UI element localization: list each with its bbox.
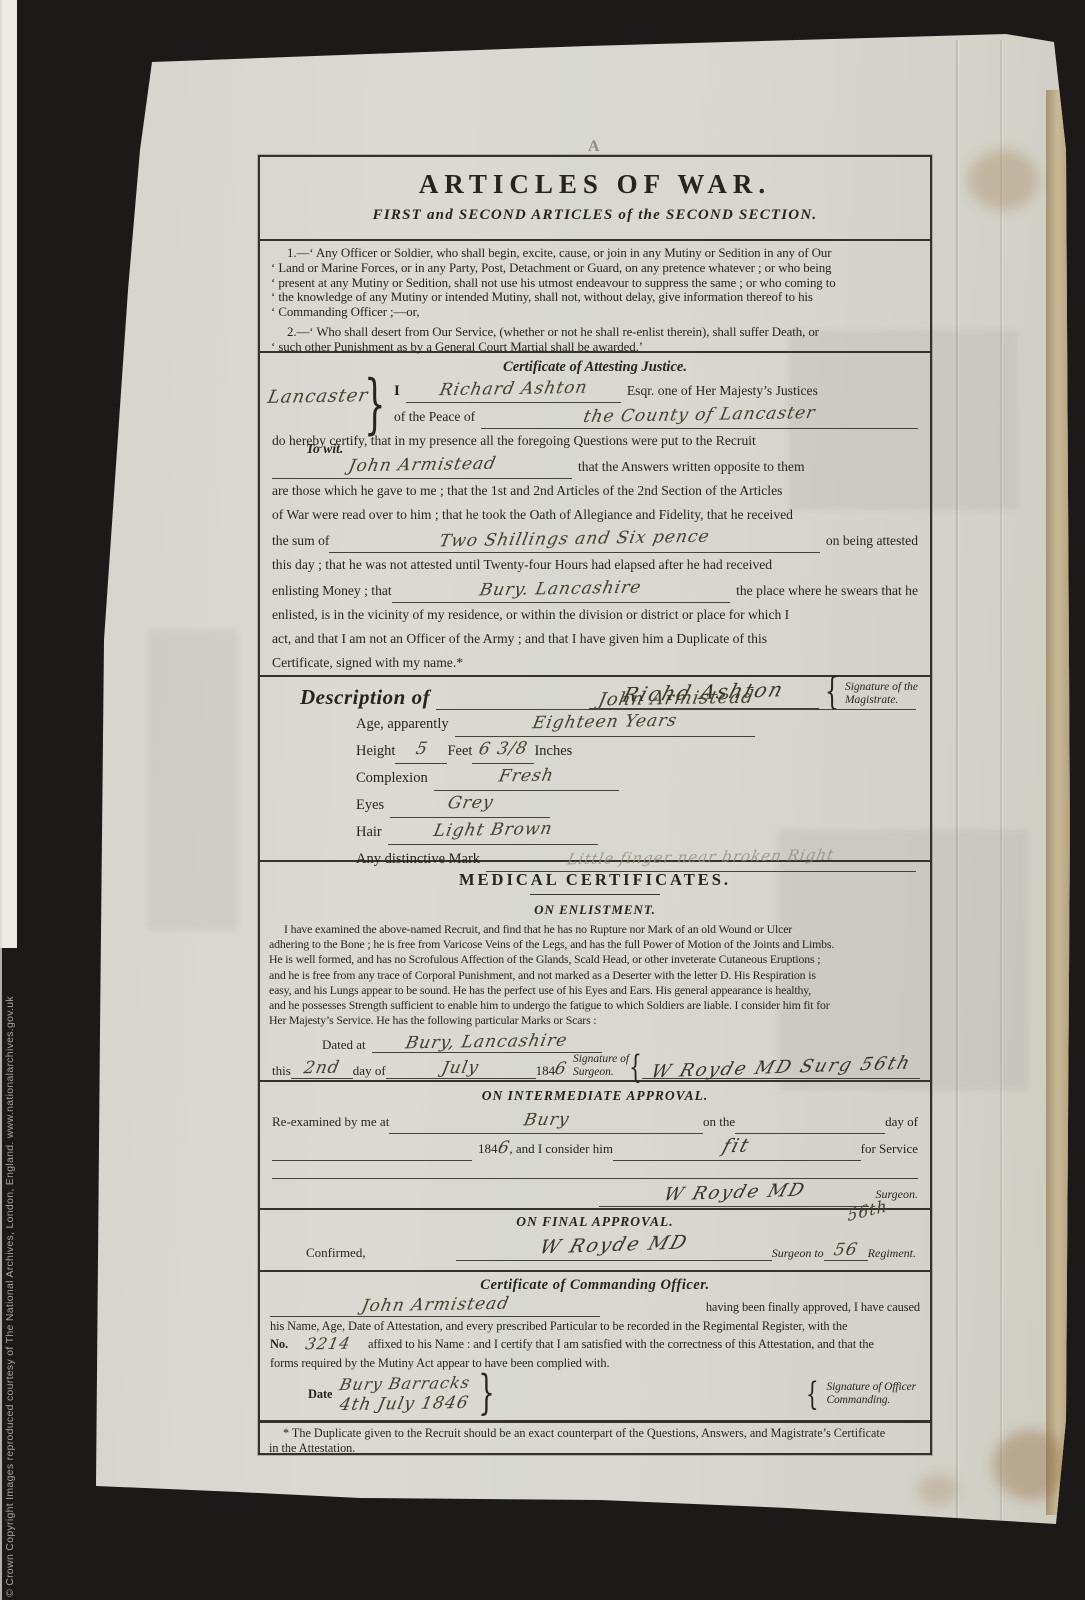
- commanding-body-2: affixed to his Name : and I certify that…: [368, 1335, 874, 1354]
- on-enlistment-heading: ON ENLISTMENT.: [260, 899, 930, 922]
- commanding-name: John Armistead: [359, 1295, 510, 1316]
- form-subtitle: FIRST and SECOND ARTICLES of the SECOND …: [260, 200, 930, 224]
- fit-fill: fit: [613, 1134, 861, 1161]
- dated-at-fill: Bury, Lancashire: [372, 1032, 602, 1053]
- age-value: Eighteen Years: [530, 709, 679, 737]
- year-value: 6: [553, 1059, 569, 1079]
- certify-text: do hereby certify, that in my presence a…: [272, 429, 756, 453]
- article-1-text: 1.—‘ Any Officer or Soldier, who shall b…: [271, 246, 919, 320]
- regiment-fill: 56: [824, 1240, 868, 1261]
- complexion-value: Fresh: [496, 764, 556, 790]
- commanding-no-row: No. 3214 affixed to his Name : and I cer…: [260, 1335, 930, 1354]
- height-feet: 5: [413, 737, 430, 762]
- sum-line: the sum of Two Shillings and Six pence o…: [272, 527, 918, 553]
- confirmed-label: Confirmed,: [306, 1245, 366, 1261]
- commanding-body-1: his Name, Age, Date of Attestation, and …: [260, 1317, 930, 1336]
- consider-label: , and I consider him: [509, 1136, 613, 1161]
- form-header: ARTICLES OF WAR. FIRST and SECOND ARTICL…: [260, 157, 930, 241]
- on-the-label: on the: [703, 1109, 735, 1134]
- dated-at-row: Dated at Bury, Lancashire: [260, 1032, 930, 1053]
- jurisdiction-fill: the County of Lancaster: [481, 403, 918, 429]
- archive-copyright-text: © Crown Copyright Images reproduced cour…: [4, 877, 16, 1597]
- dated-at-label: Dated at: [322, 1037, 366, 1053]
- footnote-section: * The Duplicate given to the Recruit sho…: [260, 1422, 930, 1457]
- no-value: 3214: [286, 1334, 370, 1354]
- footnote-text: * The Duplicate given to the Recruit sho…: [269, 1426, 921, 1455]
- attesting-body-1: are those which he gave to me ; that the…: [272, 479, 918, 527]
- height-inches: 6 3/8: [477, 737, 531, 763]
- reexamined-place-fill: Bury: [389, 1108, 703, 1134]
- final-signature-fill: W Royde MD: [456, 1232, 772, 1261]
- hair-fill: Light Brown: [388, 818, 598, 845]
- date-place: Bury Barracks: [338, 1373, 472, 1395]
- surgeon-signature-fill: W Royde MD Surg 56th: [642, 1057, 920, 1079]
- to-wit-brace: }: [364, 382, 386, 428]
- place-fill: Bury. Lancashire: [392, 577, 730, 603]
- final-approval-section: ON FINAL APPROVAL. Confirmed, W Royde MD…: [260, 1210, 930, 1272]
- complexion-label: Complexion: [356, 766, 428, 791]
- year-printed: 184: [536, 1063, 556, 1079]
- complexion-fill: Fresh: [434, 764, 619, 791]
- reexamined-label: Re-examined by me at: [272, 1109, 389, 1134]
- officer-signature-label: Signature of Officer Commanding.: [826, 1381, 916, 1407]
- service-label: for Service: [861, 1136, 918, 1161]
- commanding-name-fill: John Armistead: [270, 1296, 600, 1317]
- place-value: Bury. Lancashire: [478, 576, 644, 603]
- description-section: Description of John Armistead Age, appar…: [260, 677, 930, 862]
- scanner-edge-strip: [0, 0, 17, 948]
- to-wit-label: To wit.: [306, 437, 343, 461]
- day-of-label-2: day of: [885, 1109, 918, 1134]
- stain: [968, 150, 1038, 210]
- this-label: this: [272, 1063, 291, 1079]
- page-marker: A: [588, 138, 600, 156]
- commanding-name-row: John Armistead having been finally appro…: [260, 1296, 930, 1317]
- attesting-body-3: enlisted, is in the vicinity of my resid…: [272, 603, 918, 675]
- description-name-fill: John Armistead: [436, 688, 916, 710]
- commanding-officer-section: Certificate of Commanding Officer. John …: [260, 1272, 930, 1422]
- article-2-text: 2.—‘ Who shall desert from Our Service, …: [271, 325, 919, 355]
- regiment-value: 56: [832, 1240, 860, 1260]
- intermediate-signature: W Royde MD: [660, 1179, 808, 1208]
- place-tail: the place where he swears that he: [736, 579, 918, 603]
- sum-fill: Two Shillings and Six pence: [329, 527, 819, 553]
- officer-signature-brace: {: [806, 1375, 819, 1413]
- date-label: Date: [308, 1387, 332, 1402]
- place-line: enlisting Money ; that Bury. Lancashire …: [272, 577, 918, 603]
- age-fill: Eighteen Years: [455, 710, 755, 737]
- scan-stage: © Crown Copyright Images reproduced cour…: [0, 0, 1085, 1600]
- day-of-label: day of: [353, 1063, 386, 1079]
- description-title-row: Description of John Armistead: [300, 685, 916, 710]
- paper-crease: [1000, 40, 1002, 1520]
- approved-tail: having been finally approved, I have cau…: [706, 1298, 920, 1317]
- commanding-date-row: Date Bury Barracks 4th July 1846 } { Sig…: [260, 1372, 930, 1414]
- articles-section: 1.—‘ Any Officer or Soldier, who shall b…: [260, 241, 930, 353]
- surgeon-to-label: Surgeon to: [772, 1246, 824, 1261]
- enlistment-signature-row: this 2nd day of July 184 6 Signature of …: [260, 1053, 930, 1079]
- sum-value: Two Shillings and Six pence: [437, 525, 712, 554]
- attested-tail: on being attested: [826, 529, 918, 553]
- scanner-edge-line: [0, 0, 2, 1600]
- sum-label: the sum of: [272, 529, 329, 553]
- description-title: Description of: [300, 685, 430, 710]
- justice-name: Richard Ashton: [437, 376, 589, 403]
- age-row: Age, apparently Eighteen Years: [300, 710, 916, 737]
- age-label: Age, apparently: [356, 712, 449, 737]
- page-edge: [1046, 90, 1072, 1515]
- eyes-fill: Grey: [390, 791, 550, 818]
- medical-section: MEDICAL CERTIFICATES. ON ENLISTMENT. I h…: [260, 862, 930, 1082]
- surgeon-signature-brace: {: [629, 1048, 642, 1086]
- consider-row: 184 6 , and I consider him fit for Servi…: [260, 1134, 930, 1161]
- height-inches-fill: 6 3/8: [472, 737, 534, 764]
- reexamined-row: Re-examined by me at Bury on the day of: [260, 1108, 930, 1134]
- date-brace: }: [478, 1367, 494, 1421]
- commanding-title: Certificate of Commanding Officer.: [260, 1272, 930, 1296]
- document-paper: A ARTICLES OF WAR. FIRST and SECOND ARTI…: [88, 30, 1082, 1530]
- surgeon-signature: W Royde MD Surg 56th: [648, 1053, 914, 1083]
- eyes-row: Eyes Grey: [300, 791, 916, 818]
- recruit-line: John Armistead that the Answers written …: [272, 453, 918, 479]
- intermediate-signature-fill: W Royde MD: [599, 1181, 869, 1207]
- answers-tail: that the Answers written opposite to the…: [578, 455, 805, 479]
- stain: [993, 1430, 1068, 1500]
- height-feet-fill: 5: [395, 737, 447, 764]
- intermediate-approval-section: ON INTERMEDIATE APPROVAL. Re-examined by…: [260, 1082, 930, 1210]
- date-value: 4th July 1846: [338, 1393, 472, 1415]
- blank-day-fill: [735, 1116, 885, 1134]
- medical-paragraph: I have examined the above-named Recruit,…: [260, 922, 930, 1028]
- justice-name-fill: Richard Ashton: [406, 377, 621, 403]
- eyes-label: Eyes: [356, 793, 384, 818]
- height-row: Height 5 Feet 6 3/8 Inches: [300, 737, 916, 764]
- month-fill: July: [386, 1058, 536, 1079]
- attestation-form: ARTICLES OF WAR. FIRST and SECOND ARTICL…: [258, 155, 932, 1455]
- recruit-name: John Armistead: [346, 452, 498, 479]
- day-value: 2nd: [302, 1058, 342, 1079]
- stain: [918, 1475, 958, 1505]
- hair-label: Hair: [356, 820, 382, 845]
- fit-value: fit: [720, 1134, 754, 1160]
- regiment-label: Regiment.: [868, 1246, 916, 1261]
- esq-tail: Esqr. one of Her Majesty’s Justices: [627, 379, 818, 403]
- month-value: July: [440, 1058, 481, 1079]
- final-signature: W Royde MD: [536, 1229, 691, 1260]
- paper-crease: [956, 40, 958, 1520]
- blank-month-fill: [272, 1143, 472, 1161]
- dated-at-value: Bury, Lancashire: [404, 1031, 570, 1054]
- peace-of-label: of the Peace of: [394, 405, 475, 429]
- attesting-body-2: this day ; that he was not attested unti…: [272, 553, 918, 577]
- hair-row: Hair Light Brown: [300, 818, 916, 845]
- description-name: John Armistead: [596, 687, 755, 711]
- blank-line: [272, 1161, 918, 1179]
- eyes-value: Grey: [445, 791, 495, 817]
- medical-title: MEDICAL CERTIFICATES.: [260, 862, 930, 890]
- commanding-body-3: forms required by the Mutiny Act appear …: [260, 1354, 930, 1373]
- attesting-justice-section: Certificate of Attesting Justice. Lancas…: [260, 353, 930, 677]
- feet-label: Feet: [447, 739, 472, 764]
- jurisdiction-value: the County of Lancaster: [581, 401, 817, 429]
- no-label: No.: [270, 1335, 288, 1354]
- inches-label: Inches: [534, 739, 572, 764]
- county-marginal: Lancaster: [265, 384, 370, 410]
- surgeon-signature-label: Signature of Surgeon.: [573, 1053, 629, 1079]
- confirmed-row: Confirmed, W Royde MD Surgeon to 56 Regi…: [260, 1232, 930, 1261]
- bleed-through: [148, 630, 238, 930]
- complexion-row: Complexion Fresh: [300, 764, 916, 791]
- medical-title-rule: [530, 894, 660, 895]
- height-label: Height: [356, 739, 395, 764]
- money-label: enlisting Money ; that: [272, 579, 392, 603]
- final-title: ON FINAL APPROVAL.: [260, 1210, 930, 1232]
- reexamined-place: Bury: [521, 1108, 571, 1134]
- i-label: I: [394, 379, 400, 403]
- hair-value: Light Brown: [431, 817, 554, 844]
- intermediate-title: ON INTERMEDIATE APPROVAL.: [260, 1082, 930, 1108]
- year-printed-2: 184: [478, 1136, 498, 1161]
- day-fill: 2nd: [291, 1058, 353, 1079]
- form-title: ARTICLES OF WAR.: [260, 157, 930, 200]
- intermediate-signature-row: W Royde MD Surgeon.: [260, 1181, 930, 1207]
